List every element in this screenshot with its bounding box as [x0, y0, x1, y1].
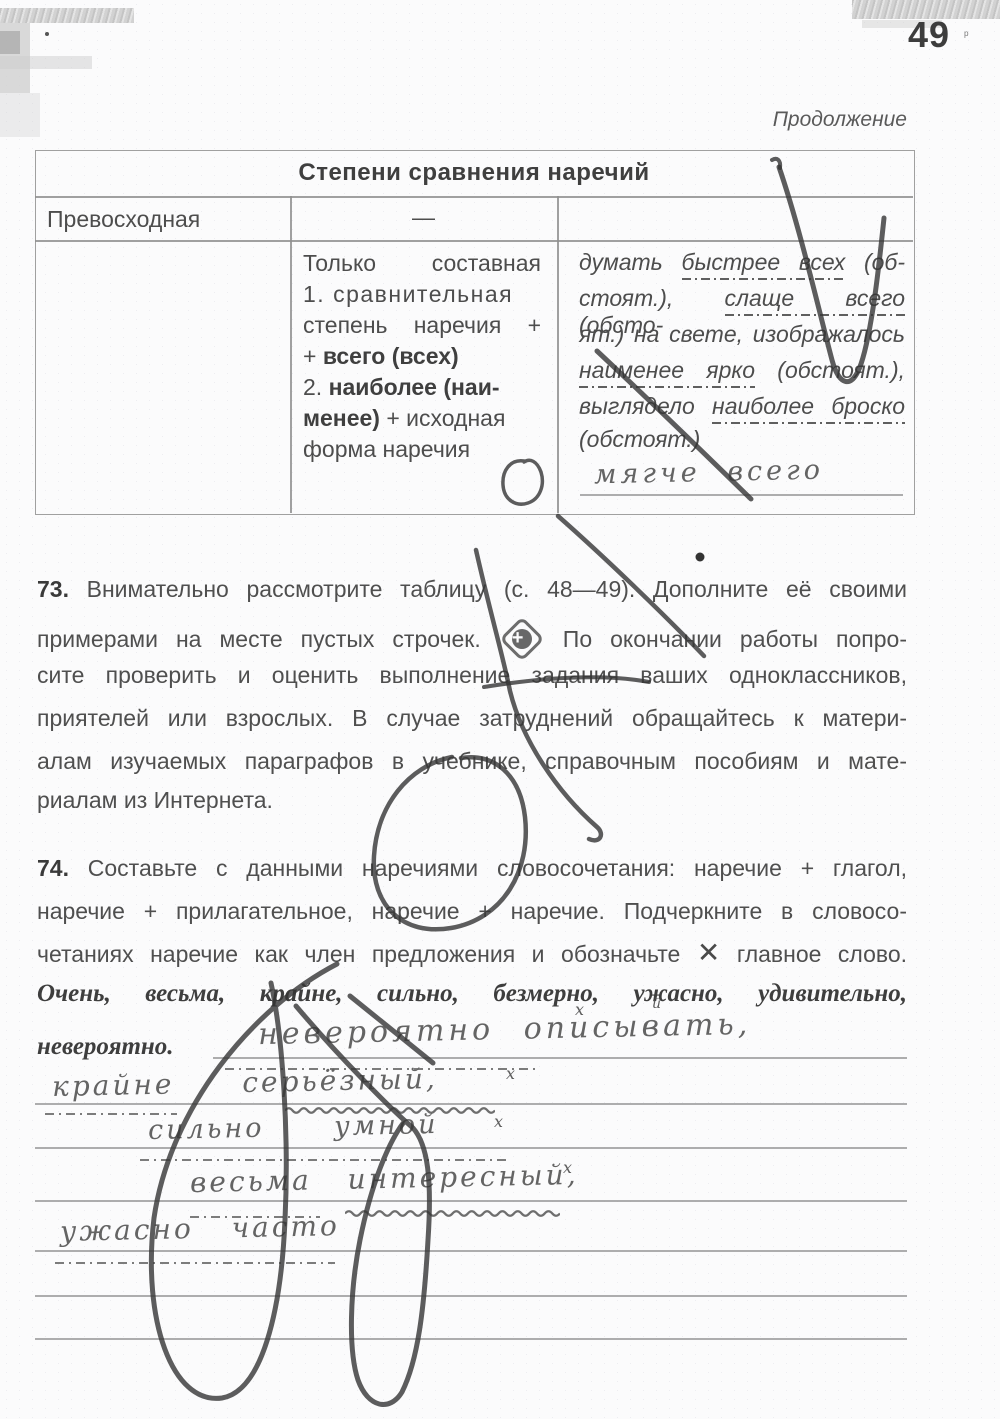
x-mark: х: [563, 1158, 572, 1177]
answer-line-1: невероятно описывать,: [258, 1007, 752, 1052]
scan-artifact: [0, 93, 40, 137]
example-line: (обстоят.): [579, 426, 905, 453]
table-border: [557, 196, 559, 513]
example-line: наименее ярко (обстоят.),: [579, 357, 905, 384]
adverb-underline: [55, 1262, 335, 1264]
method-line: менее) + исходная: [303, 405, 551, 432]
ruled-line: [580, 494, 903, 496]
continuation-note: Продолжение: [607, 108, 907, 132]
example-line: ят.) на свете, изображалось: [579, 321, 905, 348]
ex73-line: 73. Внимательно рассмотрите таблицу (с. …: [37, 576, 907, 603]
ex74-number: 74.: [37, 855, 69, 881]
ruled-line: [35, 1338, 907, 1340]
row-superlative-simple: —: [290, 204, 557, 231]
table-border: [35, 196, 913, 198]
ex73-line: приятелей или взрослых. В случае затрудн…: [37, 705, 907, 732]
scan-artifact: [0, 31, 20, 54]
ex73-line: сите проверить и оценить выполнение зада…: [37, 662, 907, 689]
example-line: думать быстрее всех (об-: [579, 249, 905, 276]
ex73-line: риалам из Интернета.: [37, 787, 907, 814]
answer-line-2: крайне серьёзный,: [52, 1062, 438, 1103]
ruled-line: [35, 1200, 907, 1202]
ex74-line: четаниях наречие как член предложения и …: [37, 941, 907, 968]
corner-mark: ᵖ: [964, 28, 969, 42]
method-line: 2. наиболее (наи-: [303, 374, 551, 401]
method-line: Только составная: [303, 250, 541, 277]
main-word-x-mark: ✕: [697, 937, 720, 968]
x-mark: х: [494, 1112, 503, 1131]
method-line: степень наречия +: [303, 312, 541, 339]
method-line: форма наречия: [303, 436, 541, 463]
answer-line-3: сильно умной: [148, 1109, 439, 1146]
row-superlative-label: Превосходная: [47, 206, 200, 233]
plus-in-diamond-icon: +: [499, 616, 545, 662]
method-line: + всего (всех): [303, 343, 541, 370]
handwritten-table-answer: мягче всего: [594, 455, 825, 491]
x-mark: х: [575, 1000, 584, 1019]
ex73-line: примерами на месте пустых строчек. + По …: [37, 618, 907, 664]
example-line: выглядело наиболее броско: [579, 393, 905, 420]
adjective-underline: [345, 1209, 560, 1218]
ruled-line: [35, 1103, 907, 1105]
ex73-line: алам изучаемых параграфов в учебнике, сп…: [37, 748, 907, 775]
workbook-page: 49 ᵖ Продолжение Степени сравнения нареч…: [0, 0, 1000, 1419]
ruled-line: [213, 1057, 907, 1059]
ex73-number: 73.: [37, 576, 69, 602]
table-border: [35, 240, 913, 242]
x-mark: х: [506, 1064, 515, 1083]
wordlist-line: невероятно.: [37, 1033, 174, 1061]
table-border: [290, 196, 292, 513]
wordlist-line: Очень, весьма, крайне, сильно, безмерно,…: [37, 980, 907, 1008]
ruled-line: [35, 1295, 907, 1297]
page-number: 49: [908, 14, 950, 56]
scan-artifact: [0, 56, 92, 69]
ruled-line: [35, 1147, 907, 1149]
ex74-line: 74. Составьте с данными наречиями словос…: [37, 855, 907, 882]
ex74-line: наречие + прилагательное, наречие + наре…: [37, 898, 907, 925]
scan-artifact: [0, 8, 134, 23]
ruled-line: [35, 1250, 907, 1252]
method-line: 1. сравнительная: [303, 281, 541, 308]
correction-mark: й: [652, 996, 661, 1012]
table-title: Степени сравнения наречий: [35, 159, 913, 187]
answer-line-4: весьма интересный,: [190, 1158, 579, 1199]
answer-line-5: ужасно часто: [60, 1209, 340, 1248]
